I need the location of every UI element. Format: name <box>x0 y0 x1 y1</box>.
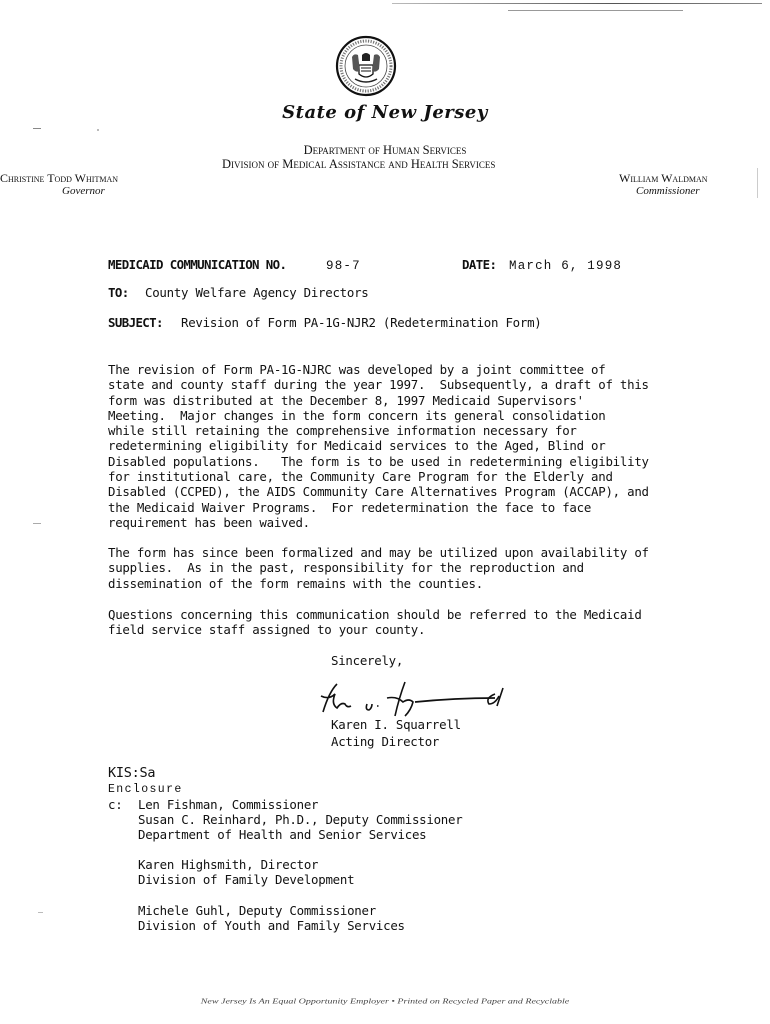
cc-line: Michele Guhl, Deputy Commissioner <box>138 903 376 918</box>
signer-name: Karen I. Squarrell <box>331 716 461 733</box>
communication-number-label: MEDICAID COMMUNICATION NO. <box>108 257 286 272</box>
commissioner-name: William Waldman <box>619 171 708 186</box>
scan-artifact-line <box>392 3 762 4</box>
cc-line: Len Fishman, Commissioner <box>138 797 318 812</box>
body-paragraph-2: The form has since been formalized and m… <box>108 545 708 591</box>
date-value: March 6, 1998 <box>509 259 622 273</box>
subject-value: Revision of Form PA-1G-NJR2 (Redetermina… <box>181 315 542 330</box>
commissioner-title: Commissioner <box>636 185 700 197</box>
state-name-heading: State of New Jersey <box>0 102 770 123</box>
subject-label: SUBJECT: <box>108 315 163 330</box>
to-value: County Welfare Agency Directors <box>145 285 369 300</box>
handwritten-signature-icon <box>315 676 515 721</box>
cc-label: c: <box>108 797 122 812</box>
scan-artifact-mark <box>97 129 99 131</box>
enclosure-note: Enclosure <box>108 783 183 796</box>
communication-number-value: 98-7 <box>326 259 361 273</box>
body-paragraph-3: Questions concerning this communication … <box>108 607 708 638</box>
scan-artifact-mark <box>33 523 41 524</box>
letter-page: State of New Jersey Department of Human … <box>0 0 770 1024</box>
cc-line: Department of Health and Senior Services <box>138 827 426 842</box>
signer-title: Acting Director <box>331 733 439 750</box>
state-seal-icon <box>335 35 397 97</box>
cc-line: Division of Family Development <box>138 872 354 887</box>
closing-salutation: Sincerely, <box>331 652 403 669</box>
to-label: TO: <box>108 285 129 300</box>
cc-line: Susan C. Reinhard, Ph.D., Deputy Commiss… <box>138 812 462 827</box>
department-name: Department of Human Services <box>0 143 770 158</box>
scan-artifact-mark <box>38 912 43 913</box>
scan-artifact-edge <box>757 168 758 198</box>
cc-line: Karen Highsmith, Director <box>138 857 318 872</box>
cc-line: Division of Youth and Family Services <box>138 918 405 933</box>
governor-title: Governor <box>62 185 105 197</box>
typist-initials: KIS:Sa <box>108 765 155 781</box>
page-footer-text: New Jersey Is An Equal Opportunity Emplo… <box>0 998 770 1006</box>
date-label: DATE: <box>462 257 496 272</box>
scan-artifact-line <box>508 10 683 11</box>
division-name: Division of Medical Assistance and Healt… <box>222 157 495 172</box>
body-paragraph-1: The revision of Form PA-1G-NJRC was deve… <box>108 362 708 530</box>
scan-artifact-mark <box>33 128 41 129</box>
governor-name: Christine Todd Whitman <box>0 171 118 186</box>
